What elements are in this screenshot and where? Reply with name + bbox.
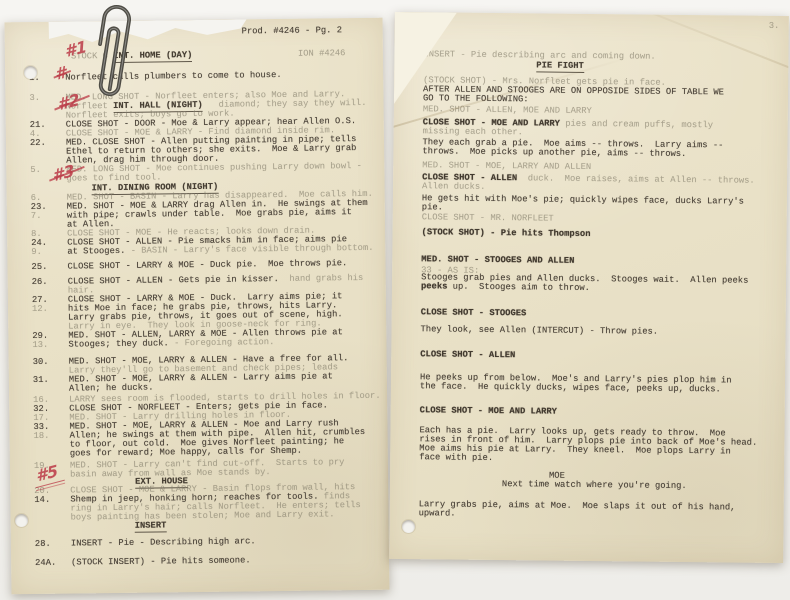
text-run: missing each other. xyxy=(423,126,523,137)
script-line: Allen ducks. xyxy=(422,182,485,192)
margin-number: 5. xyxy=(30,166,41,175)
text-run: MED. SHOT - MOE, LARRY AND ALLEN xyxy=(422,160,591,172)
text-run: goes for reward; Moe happy, calls for Sh… xyxy=(70,446,302,459)
margin-number: 22. xyxy=(30,139,46,148)
text-run: Prod. #4246 - Pg. 2 xyxy=(242,25,342,36)
margin-number: 30. xyxy=(33,358,49,367)
script-line: pie. xyxy=(422,203,443,212)
text-run: throws. Moe picks up another pie, aims -… xyxy=(422,146,686,159)
script-scan: Prod. #4246 - Pg. 2STOCK C INT. HOME (DA… xyxy=(0,0,790,600)
margin-number: 14. xyxy=(34,496,50,505)
margin-number: 9. xyxy=(31,248,42,257)
margin-number: 28. xyxy=(35,540,51,549)
script-line: MED. SHOT - STOOGES AND ALLEN xyxy=(421,255,574,266)
text-run: boys painting has been stolen; Moe and L… xyxy=(71,509,335,522)
left-page: Prod. #4246 - Pg. 2STOCK C INT. HOME (DA… xyxy=(5,18,390,595)
text-run: pie. xyxy=(422,202,443,212)
script-line: INSERT xyxy=(135,521,167,530)
text-run: (STOCK INSERT) - Pie hits someone. xyxy=(71,555,251,567)
text-run: Allen; he ducks. xyxy=(69,383,154,394)
text-run: Allen ducks. xyxy=(422,181,485,192)
margin-number: 25. xyxy=(31,263,47,272)
margin-number: 26. xyxy=(32,278,48,287)
margin-number: 3. xyxy=(29,94,40,103)
red-annotation: #5 xyxy=(35,463,58,485)
text-run: Larry grabs pie, aims at Moe. Moe slaps … xyxy=(419,499,736,512)
script-line: CLOSE SHOT - LARRY & MOE - Duck pie. Moe… xyxy=(67,259,347,271)
script-line: CLOSE SHOT - ALLEN xyxy=(420,350,515,360)
script-line: at Stooges. - BASIN - Larry's face visib… xyxy=(67,244,373,257)
text-run: up. Stooges aim to throw. xyxy=(447,282,590,293)
text-run: upward. xyxy=(419,508,456,518)
script-line: Next time watch where you're going. xyxy=(502,480,687,491)
text-run: INSERT xyxy=(135,520,167,532)
text-run: peeks xyxy=(421,281,448,291)
margin-number: 12. xyxy=(32,305,48,314)
script-line: face with pie. xyxy=(419,453,493,463)
script-line: missing each other. xyxy=(423,127,523,137)
text-run: CLOSE SHOT - STOOGES xyxy=(421,307,527,318)
margin-number: 13. xyxy=(32,341,48,350)
text-run: the face. He quickly ducks, wipes face, … xyxy=(420,381,721,394)
punch-hole xyxy=(24,66,37,79)
text-run: MED. SHOT - STOOGES AND ALLEN xyxy=(421,254,574,266)
text-run: CLOSE SHOT - ALLEN xyxy=(420,349,515,360)
script-line: INSERT - Pie - Describing high arc. xyxy=(71,537,256,548)
crease-line xyxy=(587,12,788,73)
text-run: pies and cream puffs, mostly xyxy=(560,119,713,131)
red-annotation: # xyxy=(54,64,67,83)
margin-number: 24A. xyxy=(35,559,56,568)
script-line: CLOSE SHOT - MOE AND LARRY xyxy=(420,406,557,416)
script-line: boys painting has been stolen; Moe and L… xyxy=(71,510,335,522)
script-line: CLOSE SHOT - STOOGES xyxy=(421,308,527,318)
script-line: Prod. #4246 - Pg. 2 xyxy=(242,26,342,36)
script-line: Allen; he ducks. xyxy=(69,384,154,394)
text-run: INSERT - Pie - Describing high arc. xyxy=(71,536,256,548)
text-run: CLOSE SHOT - LARRY & MOE - Duck pie. Moe… xyxy=(67,258,347,271)
script-line: CLOSE SHOT - ALLEN - Gets pie in kisser.… xyxy=(68,274,364,287)
right-page: 3.INSERT - Pie describing arc and coming… xyxy=(389,12,789,563)
text-run: CLOSE SHOT - MR. NORFLEET xyxy=(422,212,554,223)
script-line: (STOCK SHOT) - Pie hits Thompson xyxy=(422,228,591,239)
script-line: They look, see Allen (INTERCUT) - Throw … xyxy=(421,325,659,336)
text-run: - BASIN - Larry's face visible through b… xyxy=(125,243,373,256)
script-line: peeks up. Stooges aim to throw. xyxy=(421,282,590,293)
script-line: goes for reward; Moe happy, calls for Sh… xyxy=(70,447,302,459)
script-line: upward. xyxy=(419,509,456,518)
margin-number: 31. xyxy=(33,376,49,385)
text-run: CLOSE SHOT - ALLEN - Gets pie in kisser. xyxy=(68,274,279,287)
text-run: ION #4246 xyxy=(192,48,345,60)
text-run: (STOCK SHOT) - Pie hits Thompson xyxy=(422,227,591,239)
text-run: 3. xyxy=(769,21,780,31)
text-run: - Foregoing action. xyxy=(169,337,275,348)
text-run: face with pie. xyxy=(419,452,493,463)
script-line: CLOSE SHOT - MR. NORFLEET xyxy=(422,213,554,223)
script-line: MED. SHOT - MOE, LARRY AND ALLEN xyxy=(422,161,591,172)
script-line: He gets hit with Moe's pie; quickly wipe… xyxy=(422,194,744,206)
script-line: (STOCK INSERT) - Pie hits someone. xyxy=(71,556,251,567)
script-line: throws. Moe picks up another pie, aims -… xyxy=(422,147,686,159)
script-line: PIE FIGHT xyxy=(536,61,584,70)
text-run: at Stooges. xyxy=(67,246,125,257)
text-run: He gets hit with Moe's pie; quickly wipe… xyxy=(422,193,744,206)
text-run: They look, see Allen (INTERCUT) - Throw … xyxy=(421,324,659,336)
text-run: Stooges; they duck. xyxy=(68,338,168,349)
text-run: CLOSE SHOT - MOE AND LARRY xyxy=(420,405,557,416)
text-run: hand grabs his xyxy=(279,273,364,284)
script-line: Stooges; they duck. - Foregoing action. xyxy=(68,338,274,350)
script-line: Larry grabs pie, aims at Moe. Moe slaps … xyxy=(419,500,736,512)
script-line: the face. He quickly ducks, wipes face, … xyxy=(420,382,721,394)
punch-hole xyxy=(402,520,415,533)
margin-number: 7. xyxy=(31,212,42,221)
punch-hole xyxy=(15,514,28,527)
margin-number: 18. xyxy=(34,432,50,441)
text-run: Next time watch where you're going. xyxy=(502,479,687,491)
script-line: 3. xyxy=(769,22,780,31)
text-run: duck. Moe raises, aims at Allen -- throw… xyxy=(517,173,755,185)
